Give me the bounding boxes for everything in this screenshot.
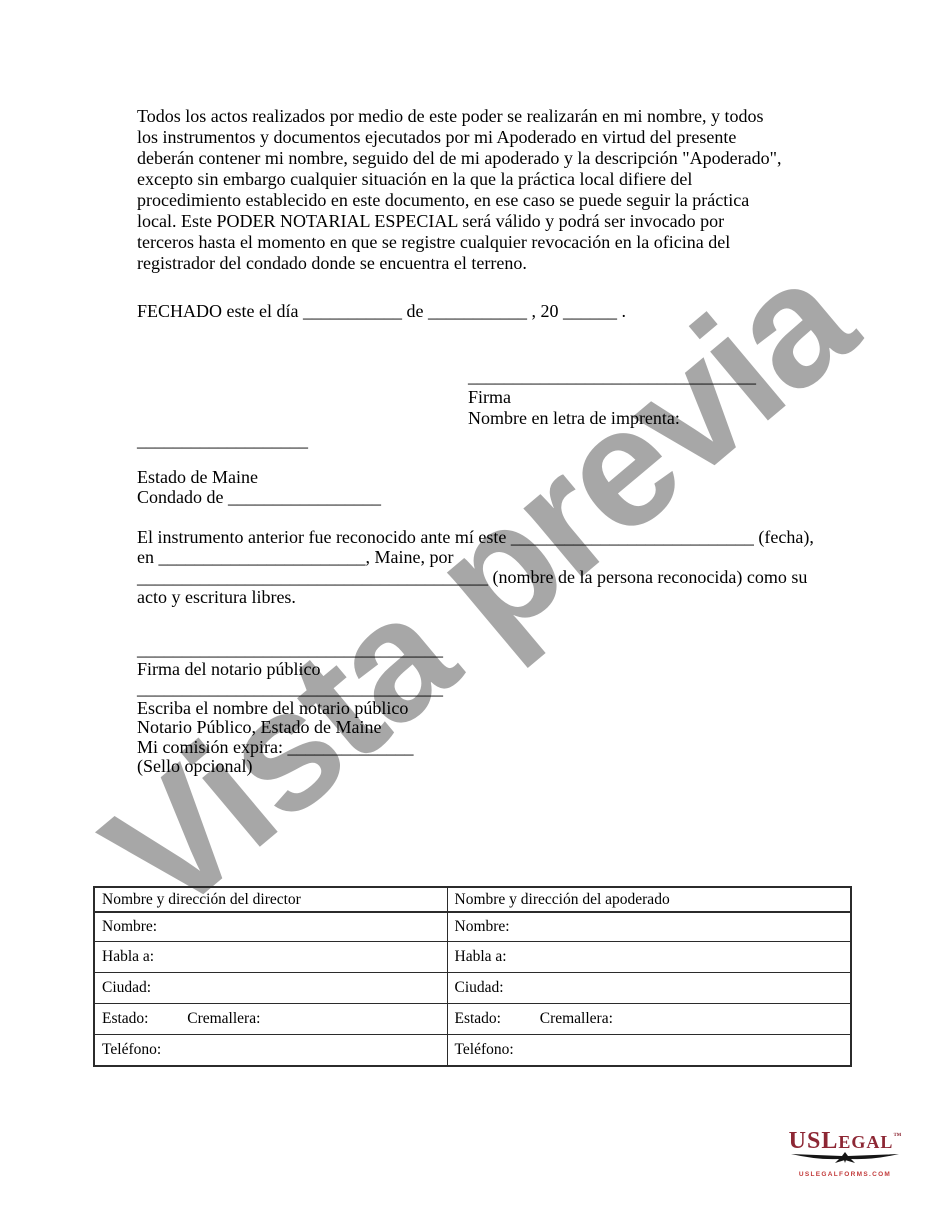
notary-signature-block: __________________________________ Firma… (137, 640, 443, 679)
table-row: Estado: Cremallera: Estado: Cremallera: (94, 1004, 851, 1035)
venue-block: Estado de Maine Condado de _____________… (137, 468, 381, 507)
table-cell-estado-left: Estado: Cremallera: (94, 1004, 447, 1035)
logo-wordmark: USLEGAL™ (780, 1129, 910, 1153)
table-cell-telefono-left: Teléfono: (94, 1035, 447, 1067)
table-header-director: Nombre y dirección del director (94, 887, 447, 912)
page: Vista previa Todos los actos realizados … (0, 0, 935, 1210)
parties-table: Nombre y dirección del director Nombre y… (93, 886, 852, 1067)
table-cell-nombre-left: Nombre: (94, 912, 447, 942)
logo-brand-suffix: EGAL (838, 1132, 893, 1152)
trademark-symbol: ™ (893, 1131, 901, 1140)
table-cell-ciudad-left: Ciudad: (94, 973, 447, 1004)
dated-line: FECHADO este el día ___________ de _____… (137, 301, 737, 322)
table-header-row: Nombre y dirección del director Nombre y… (94, 887, 851, 912)
uslegal-logo: USLEGAL™ USLEGALFORMS.COM (780, 1129, 910, 1179)
table-cell-ciudad-right: Ciudad: (447, 973, 851, 1004)
signature-firma-label: Firma (468, 387, 756, 408)
signature-line: ________________________________ (468, 366, 756, 387)
table-cell-habla-left: Habla a: (94, 942, 447, 973)
table-cell-nombre-right: Nombre: (447, 912, 851, 942)
table-cell-habla-right: Habla a: (447, 942, 851, 973)
principal-signature-block: ________________________________ Firma N… (468, 366, 756, 429)
table-row: Habla a: Habla a: (94, 942, 851, 973)
table-header-apoderado: Nombre y dirección del apoderado (447, 887, 851, 912)
table-row: Teléfono: Teléfono: (94, 1035, 851, 1067)
acknowledgment-paragraph: El instrumento anterior fue reconocido a… (137, 527, 827, 607)
body-paragraph: Todos los actos realizados por medio de … (137, 106, 827, 274)
notary-name-block: __________________________________ Escri… (137, 679, 443, 777)
table-row: Ciudad: Ciudad: (94, 973, 851, 1004)
signature-print-name-label: Nombre en letra de imprenta: (468, 408, 756, 429)
table-row: Nombre: Nombre: (94, 912, 851, 942)
logo-site: USLEGALFORMS.COM (780, 1172, 910, 1179)
eagle-icon (780, 1151, 910, 1171)
left-signature-line: ___________________ (137, 430, 308, 451)
document-content: Todos los actos realizados por medio de … (0, 0, 935, 1210)
table-cell-telefono-right: Teléfono: (447, 1035, 851, 1067)
table-cell-estado-right: Estado: Cremallera: (447, 1004, 851, 1035)
